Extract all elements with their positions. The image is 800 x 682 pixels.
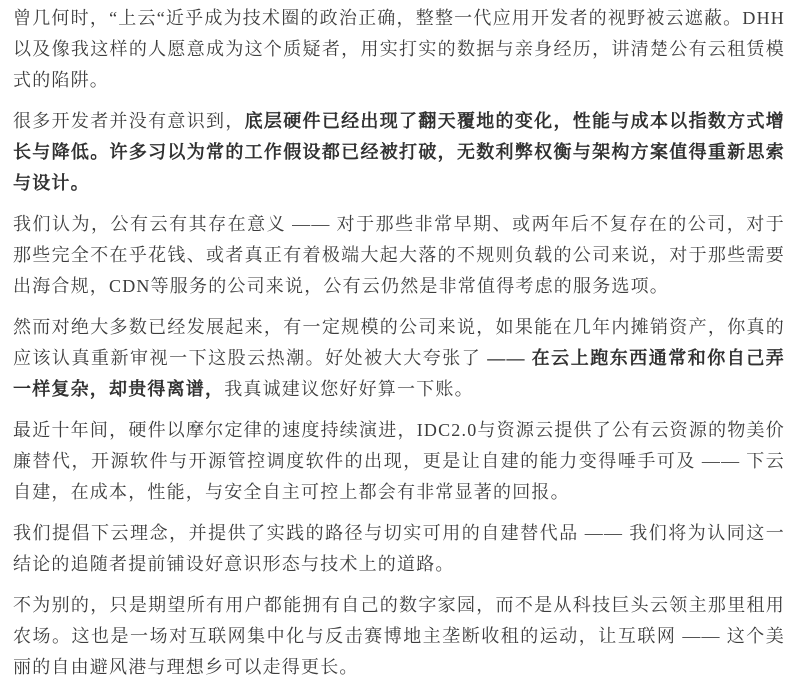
article-body: 曾几何时，“上云“近乎成为技术圈的政治正确，整整一代应用开发者的视野被云遮蔽。D…: [0, 0, 800, 682]
text-run: 我们提倡下云理念，并提供了实践的路径与切实可用的自建替代品 —— 我们将为认同这…: [13, 523, 785, 574]
text-run: 我真诚建议您好好算一下账。: [224, 379, 474, 399]
paragraph-7: 不为别的，只是期望所有用户都能拥有自己的数字家园，而不是从科技巨头云领主那里租用…: [13, 590, 785, 682]
paragraph-6: 我们提倡下云理念，并提供了实践的路径与切实可用的自建替代品 —— 我们将为认同这…: [13, 518, 785, 580]
text-run: 曾几何时，“上云“近乎成为技术圈的政治正确，整整一代应用开发者的视野被云遮蔽。D…: [13, 8, 785, 90]
text-run: 最近十年间，硬件以摩尔定律的速度持续演进，IDC2.0与资源云提供了公有云资源的…: [13, 420, 785, 502]
paragraph-1: 曾几何时，“上云“近乎成为技术圈的政治正确，整整一代应用开发者的视野被云遮蔽。D…: [13, 3, 785, 96]
paragraph-2: 很多开发者并没有意识到，底层硬件已经出现了翻天覆地的变化，性能与成本以指数方式增…: [13, 106, 785, 199]
text-run: 不为别的，只是期望所有用户都能拥有自己的数字家园，而不是从科技巨头云领主那里租用…: [13, 595, 785, 677]
text-run: 很多开发者并没有意识到，: [13, 111, 245, 131]
document-page: { "page": { "background_color": "#ffffff…: [0, 0, 800, 682]
paragraph-3: 我们认为，公有云有其存在意义 —— 对于那些非常早期、或两年后不复存在的公司，对…: [13, 209, 785, 302]
text-run: 我们认为，公有云有其存在意义 —— 对于那些非常早期、或两年后不复存在的公司，对…: [13, 214, 785, 296]
paragraph-4: 然而对绝大多数已经发展起来，有一定规模的公司来说，如果能在几年内摊销资产，你真的…: [13, 312, 785, 405]
paragraph-5: 最近十年间，硬件以摩尔定律的速度持续演进，IDC2.0与资源云提供了公有云资源的…: [13, 415, 785, 508]
